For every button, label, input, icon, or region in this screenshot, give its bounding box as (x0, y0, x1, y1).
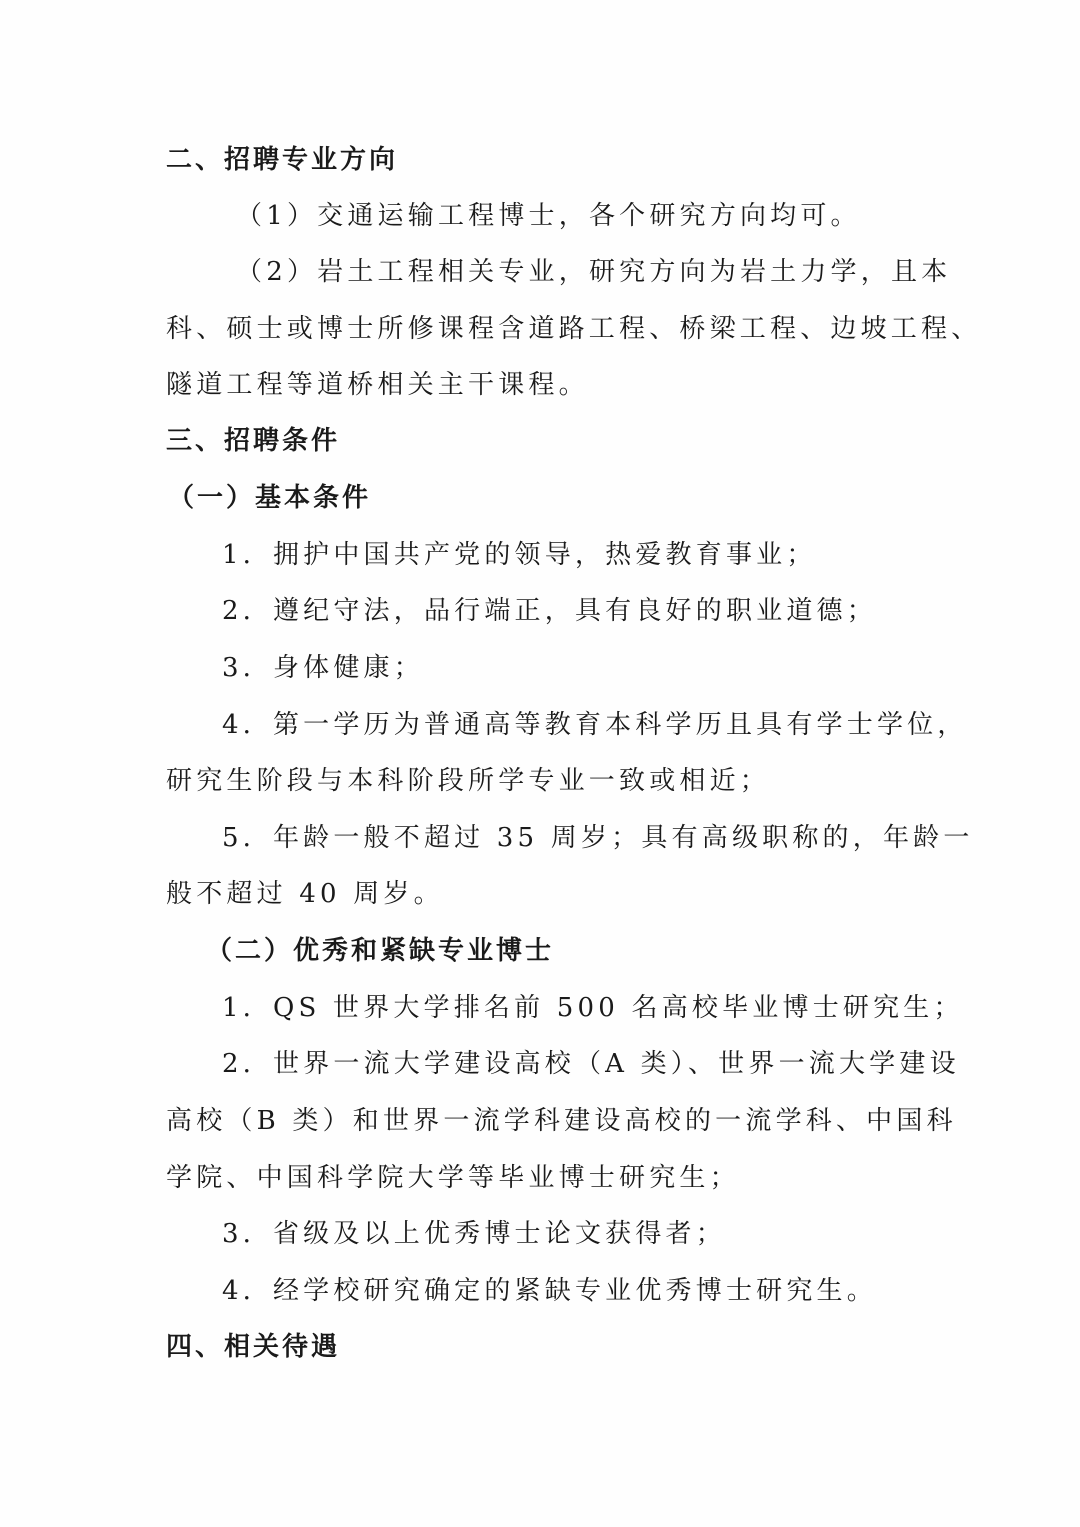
list-item-continuation: 般不超过 40 周岁。 (166, 877, 444, 911)
paragraph-line: （2）岩土工程相关专业，研究方向为岩土力学，且本 (236, 255, 951, 289)
list-item: 4．第一学历为普通高等教育本科学历且具有学士学位， (222, 708, 968, 742)
paragraph-line: （1）交通运输工程博士，各个研究方向均可。 (236, 199, 861, 233)
subsection-heading-excellent-doctors: （二）优秀和紧缺专业博士 (206, 934, 554, 968)
subsection-heading-basic-conditions: （一）基本条件 (168, 481, 371, 515)
list-item-continuation: 高校（B 类）和世界一流学科建设高校的一流学科、中国科 (166, 1104, 957, 1138)
list-item-continuation: 研究生阶段与本科阶段所学专业一致或相近； (166, 764, 770, 798)
document-page: 二、招聘专业方向 （1）交通运输工程博士，各个研究方向均可。 （2）岩土工程相关… (0, 0, 1080, 1527)
list-item: 2．遵纪守法，品行端正，具有良好的职业道德； (222, 594, 877, 628)
paragraph-line: 科、硕士或博士所修课程含道路工程、桥梁工程、边坡工程、 (166, 312, 981, 346)
section-heading-benefits: 四、相关待遇 (166, 1330, 340, 1364)
list-item: 5．年龄一般不超过 35 周岁；具有高级职称的，年龄一 (222, 821, 974, 855)
section-heading-recruitment-conditions: 三、招聘条件 (166, 424, 340, 458)
list-item: 1．拥护中国共产党的领导，热爱教育事业； (222, 538, 817, 572)
list-item-continuation: 学院、中国科学院大学等毕业博士研究生； (166, 1161, 740, 1195)
list-item: 2．世界一流大学建设高校（A 类）、世界一流大学建设 (222, 1047, 960, 1081)
list-item: 4．经学校研究确定的紧缺专业优秀博士研究生。 (222, 1274, 877, 1308)
section-heading-recruitment-majors: 二、招聘专业方向 (166, 143, 398, 177)
list-item: 1．QS 世界大学排名前 500 名高校毕业博士研究生； (222, 991, 964, 1025)
paragraph-line: 隧道工程等道桥相关主干课程。 (166, 368, 589, 402)
list-item: 3．身体健康； (222, 651, 424, 685)
list-item: 3．省级及以上优秀博士论文获得者； (222, 1217, 726, 1251)
